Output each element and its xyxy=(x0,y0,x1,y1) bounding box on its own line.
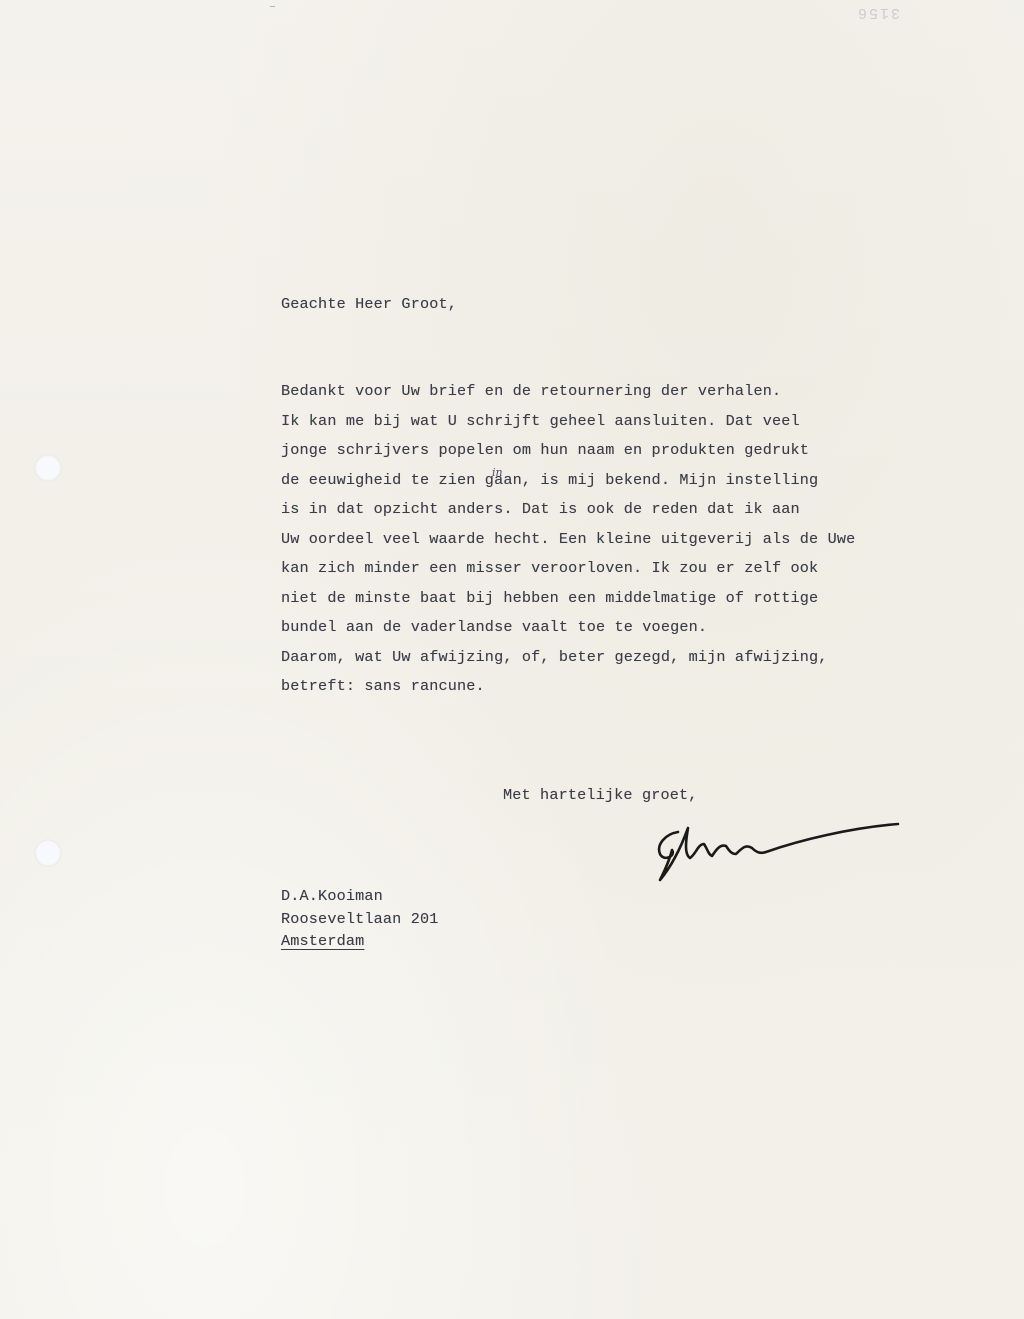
salutation: Geachte Heer Groot, xyxy=(281,295,457,313)
handwritten-insertion: in xyxy=(492,466,503,479)
letter-body: Bedankt voor Uw brief en de retournering… xyxy=(281,377,855,702)
closing-phrase: Met hartelijke groet, xyxy=(503,786,698,804)
body-line: jonge schrijvers popelen om hun naam en … xyxy=(281,436,855,466)
body-line: Bedankt voor Uw brief en de retournering… xyxy=(281,377,855,407)
body-line: Ik kan me bij wat U schrijft geheel aans… xyxy=(281,407,855,437)
body-line: is in dat opzicht anders. Dat is ook de … xyxy=(281,495,855,525)
body-line: Uw oordeel veel waarde hecht. Een kleine… xyxy=(281,525,855,555)
sender-street: Rooseveltlaan 201 xyxy=(281,908,439,931)
sender-name: D.A.Kooiman xyxy=(281,885,439,908)
body-line: kan zich minder een misser veroorloven. … xyxy=(281,554,855,584)
archive-number-stamp: 3156 xyxy=(856,4,900,21)
body-line: niet de minste baat bij hebben een midde… xyxy=(281,584,855,614)
margin-tick-mark xyxy=(270,6,275,7)
binder-hole-bottom xyxy=(35,840,61,866)
body-line: bundel aan de vaderlandse vaalt toe te v… xyxy=(281,613,855,643)
body-line: betreft: sans rancune. xyxy=(281,672,855,702)
sender-address: D.A.KooimanRooseveltlaan 201Amsterdam xyxy=(281,885,439,953)
body-line: de eeuwigheid te zien gaan, is mij beken… xyxy=(281,466,855,496)
binder-hole-top xyxy=(35,455,61,481)
body-line: Daarom, wat Uw afwijzing, of, beter geze… xyxy=(281,643,855,673)
signature-icon xyxy=(650,810,910,890)
sender-city: Amsterdam xyxy=(281,930,364,953)
